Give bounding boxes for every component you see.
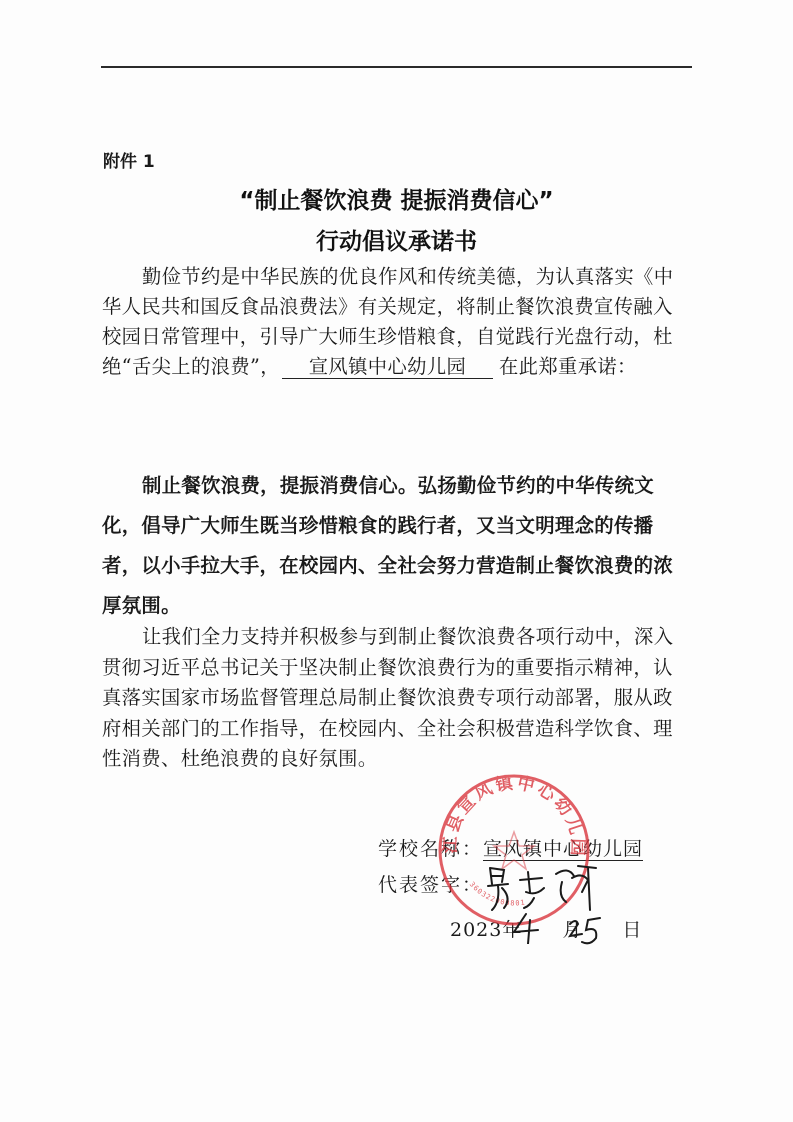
school-name-value: 宣风镇中心幼儿园 <box>483 838 643 861</box>
header-rule <box>101 66 692 68</box>
school-label: 学校名称： <box>378 838 483 860</box>
representative-label: 代表签字： <box>378 874 483 896</box>
representative-row: 代表签字： <box>378 870 483 897</box>
document-subtitle: 行动倡议承诺书 <box>0 223 793 256</box>
year-char: 年 <box>502 919 522 941</box>
paragraph-action: 让我们全力支持并积极参与到制止餐饮浪费各项行动中，深入贯彻习近平总书记关于坚决制… <box>102 622 690 775</box>
document-title: “制止餐饮浪费 提振消费信心” <box>0 182 793 215</box>
commitment-text: 制止餐饮浪费，提振消费信心。弘扬勤俭节约的中华传统文化，倡导广大师生既当珍惜粮食… <box>102 474 673 617</box>
paragraph-intro: 勤俭节约是中华民族的优良作风和传统美德，为认真落实《中华人民共和国反食品浪费法》… <box>102 262 690 382</box>
handwritten-signature <box>478 862 608 914</box>
date-row: 2023年月日 <box>450 915 642 942</box>
day-char: 日 <box>622 919 642 941</box>
paragraph-commitment: 制止餐饮浪费，提振消费信心。弘扬勤俭节约的中华传统文化，倡导广大师生既当珍惜粮食… <box>102 466 690 626</box>
school-name-row: 学校名称：宣风镇中心幼儿园 <box>378 834 643 861</box>
intro-text-end: 在此郑重承诺： <box>499 355 637 378</box>
month-char: 月 <box>562 919 582 941</box>
attachment-label: 附件 1 <box>103 147 155 172</box>
school-name-blank: 宣风镇中心幼儿园 <box>282 356 493 379</box>
action-text: 让我们全力支持并积极参与到制止餐饮浪费各项行动中，深入贯彻习近平总书记关于坚决制… <box>102 625 673 770</box>
date-year: 2023 <box>450 919 502 941</box>
